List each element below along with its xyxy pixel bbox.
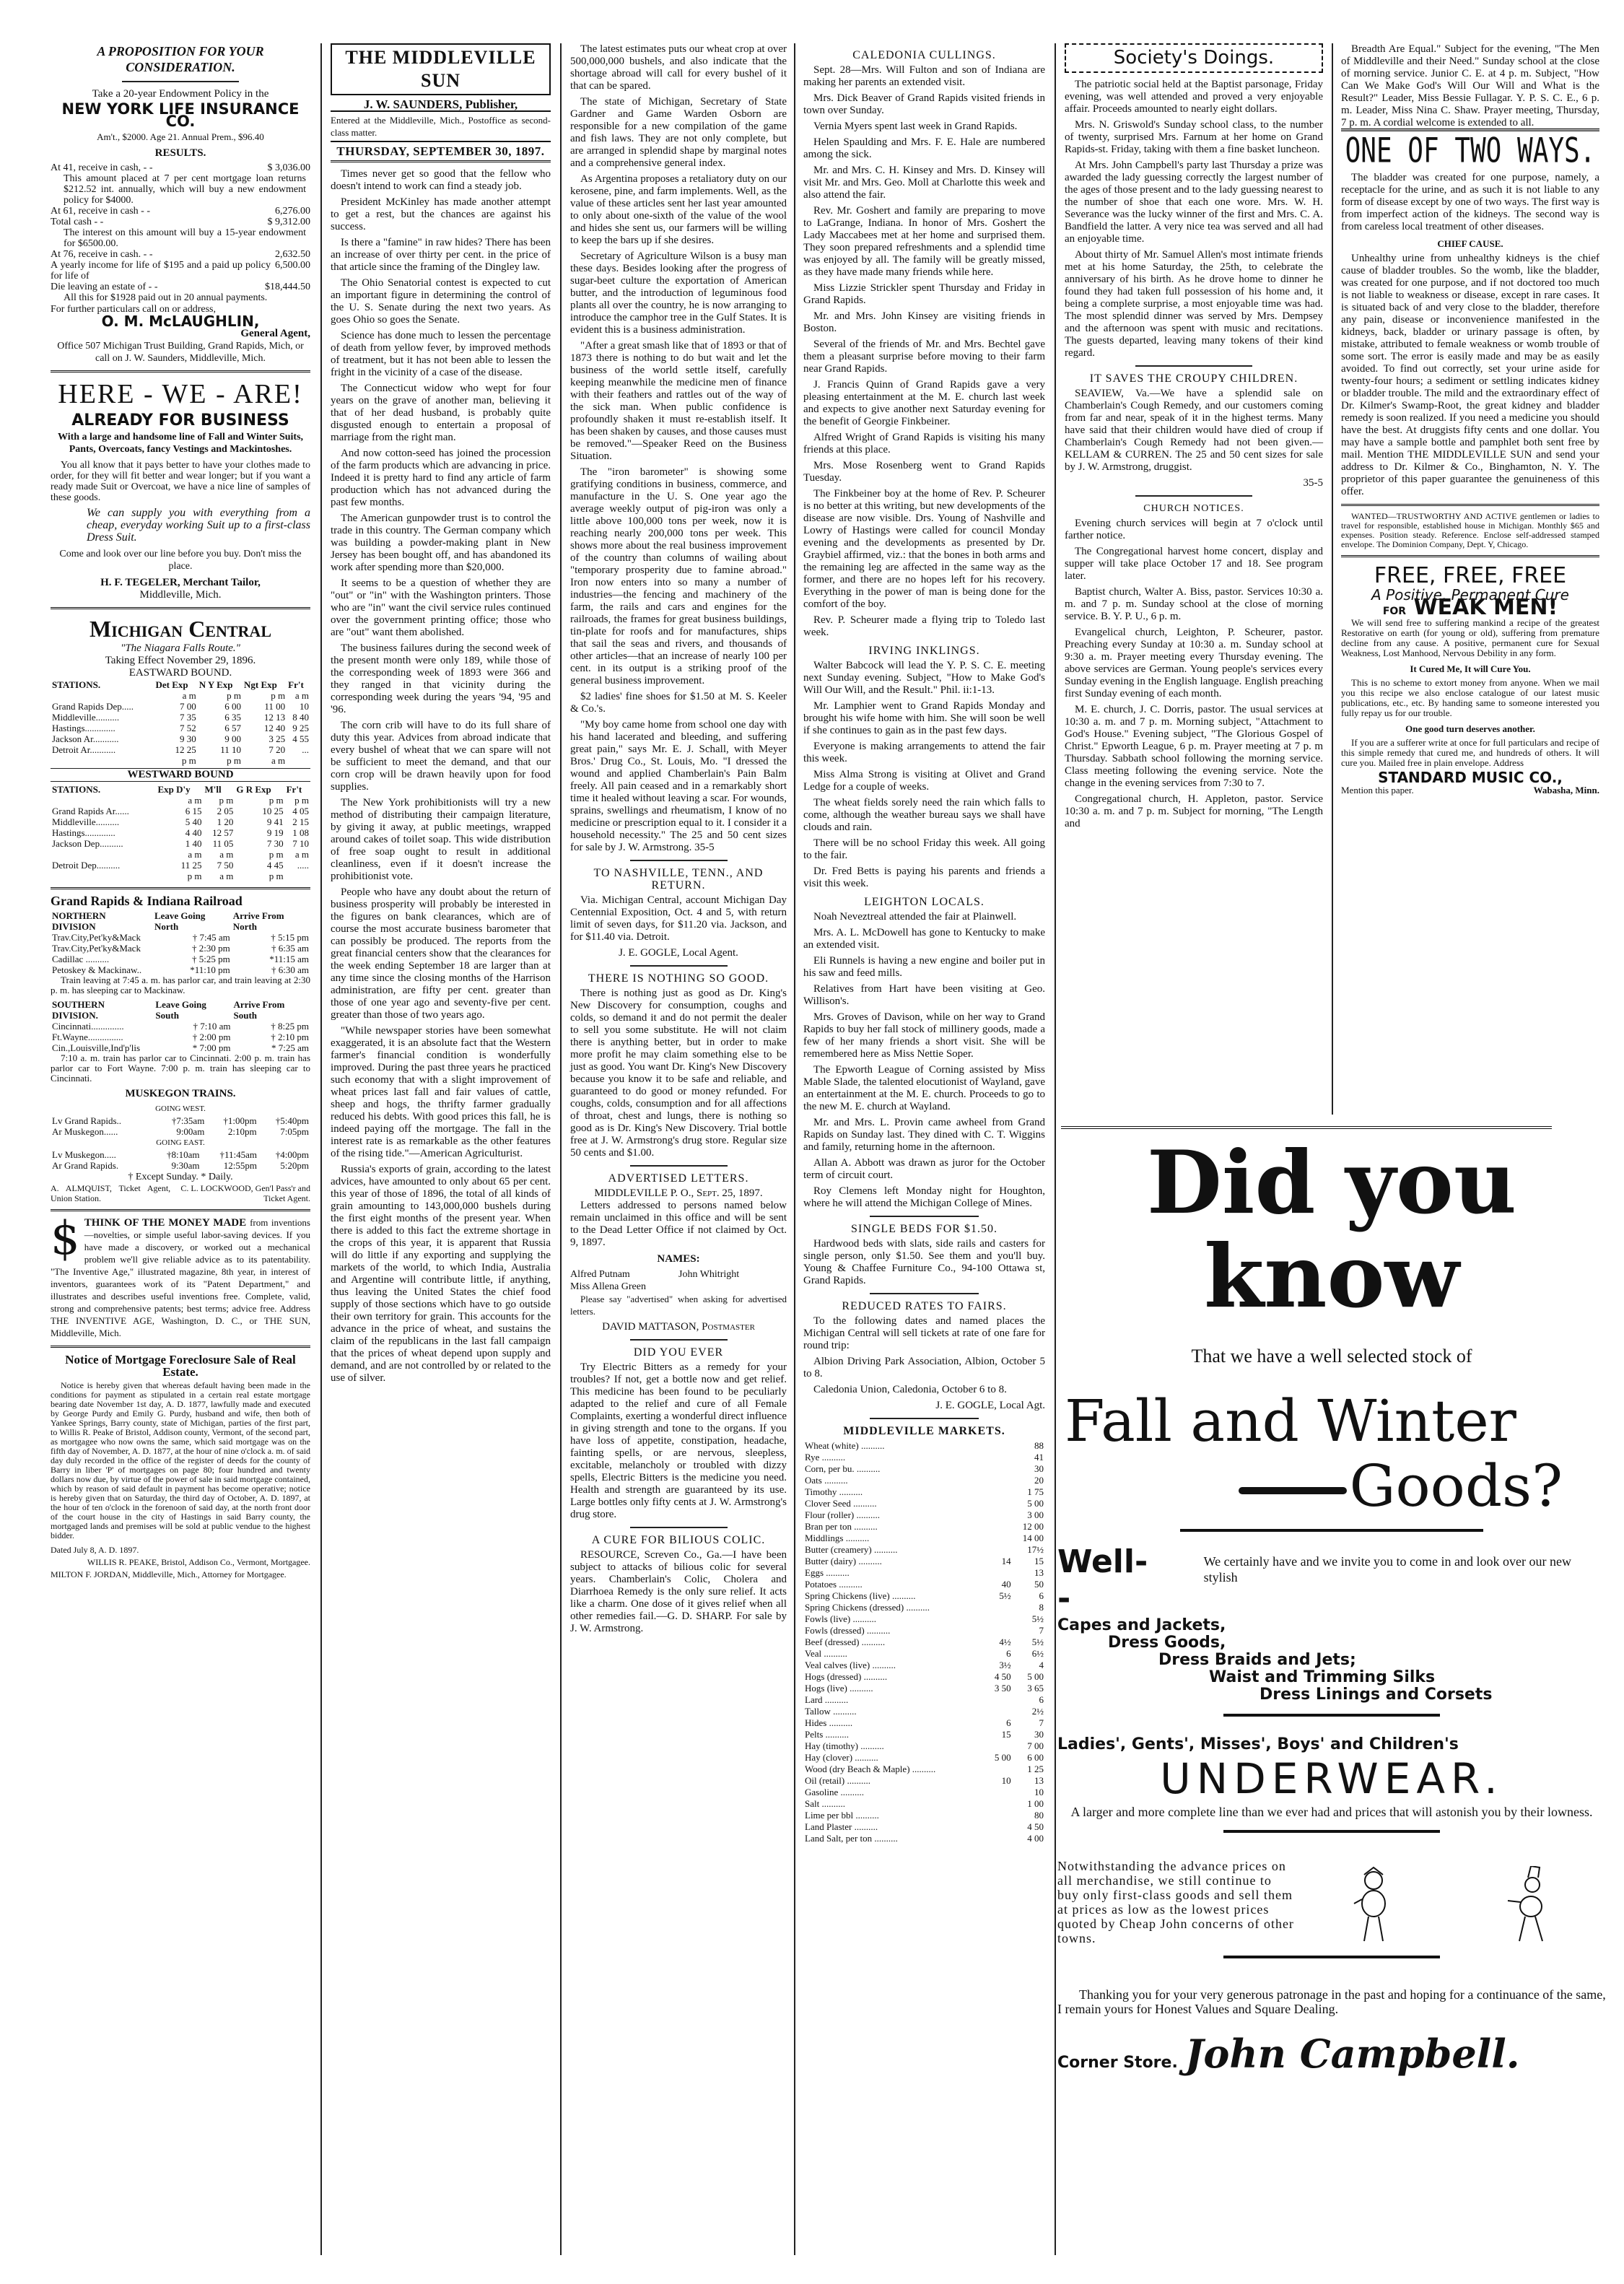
table-cell: STATIONS. <box>51 784 157 795</box>
market-item: Pelts .......... <box>803 1729 986 1740</box>
table-cell: 6 35 <box>198 712 243 723</box>
fairs-list: Albion Driving Park Association, Albion,… <box>803 1356 1045 1396</box>
editorial-paragraph: Secretary of Agriculture Wilson is a bus… <box>570 250 787 336</box>
product-line: Dress Goods, <box>1057 1634 1606 1652</box>
table-row: p ma mp m <box>51 871 310 881</box>
market-low <box>986 1463 1013 1475</box>
ad-intro: Take a 20-year Endowment Policy in the <box>51 88 310 100</box>
table-cell: a m <box>285 849 310 860</box>
editorial-items: The latest estimates puts our wheat crop… <box>570 43 787 854</box>
news-item: Noah Neveztreal attended the fair at Pla… <box>803 911 1045 923</box>
table-cell: Trav.City,Pet'ky&Mack <box>51 943 153 954</box>
market-item: Lime per bbl .......... <box>803 1810 986 1821</box>
editorial-paragraph: And now cotton-seed has joined the proce… <box>331 448 551 509</box>
market-high: 14 00 <box>1013 1533 1045 1544</box>
market-low: 6 <box>986 1717 1013 1729</box>
market-row: Lard ..........6 <box>803 1694 1045 1706</box>
news-item: Miss Lizzie Strickler spent Thursday and… <box>803 282 1045 307</box>
table-cell: 12 40 <box>243 723 287 733</box>
editorial-paragraph: The latest estimates puts our wheat crop… <box>570 43 787 92</box>
letter-name: Miss Allena Green <box>570 1281 678 1293</box>
fairs-title: REDUCED RATES TO FAIRS. <box>803 1300 1045 1312</box>
church-continued: Breadth Are Equal." Subject for the even… <box>1341 43 1599 129</box>
market-item: Fowls (live) .......... <box>803 1613 986 1625</box>
table-cell: ... <box>287 744 310 755</box>
table-cell: † 8:25 pm <box>232 1021 310 1032</box>
markets-table: Wheat (white) ..........88Rye ..........… <box>803 1440 1045 1844</box>
church-item: Congregational church, H. Appleton, past… <box>1065 793 1323 830</box>
ever-title: DID YOU EVER <box>570 1346 787 1359</box>
proprietor-signature: John Campbell. <box>1185 2031 1520 2077</box>
nothing-title: THERE IS NOTHING SO GOOD. <box>570 972 787 985</box>
tailor-line: With a large and handsome line of Fall a… <box>51 431 310 456</box>
southern-division-table: SOUTHERN DIVISION.Leave Going SouthArriv… <box>51 999 310 1053</box>
table-row: Middleville..........7 356 3512 138 40 <box>51 712 310 723</box>
table-cell: † 6:30 am <box>232 964 310 975</box>
company-name: NEW YORK LIFE INSURANCE CO. <box>51 103 310 128</box>
market-item: Gasoline .......... <box>803 1787 986 1798</box>
market-row: Wheat (white) ..........88 <box>803 1440 1045 1452</box>
market-row: Fowls (dressed) ..........7 <box>803 1625 1045 1636</box>
beds-body: Hardwood beds with slats, side rails and… <box>803 1238 1045 1287</box>
table-cell: 5:20pm <box>258 1160 310 1171</box>
market-item: Middlings .......... <box>803 1533 986 1544</box>
result-label: Total cash - - <box>51 217 103 227</box>
table-cell: Fr't <box>285 784 310 795</box>
market-item: Wheat (white) .......... <box>803 1440 986 1452</box>
stock-line: That we have a well selected stock of <box>1057 1346 1606 1367</box>
result-value: 2,632.50 <box>275 249 310 260</box>
table-cell: a m <box>203 849 235 860</box>
thank-text: Thanking you for your very generous patr… <box>1057 1987 1606 2016</box>
market-row: Butter (creamery) ..........17½ <box>803 1544 1045 1556</box>
column-rule <box>1332 43 1333 1115</box>
table-cell: p m <box>198 690 243 701</box>
table-row: Trav.City,Pet'ky&Mack† 2:30 pm† 6:35 am <box>51 943 310 954</box>
table-cell: 9:30am <box>150 1160 201 1171</box>
going-east-label: GOING EAST. <box>51 1137 310 1149</box>
market-row: Middlings ..........14 00 <box>803 1533 1045 1544</box>
table-cell: Leave Going North <box>153 910 232 932</box>
irving-title: IRVING INKLINGS. <box>803 645 1045 657</box>
free-heading: FREE, FREE, FREE <box>1341 563 1599 589</box>
market-low <box>986 1602 1013 1613</box>
ever-body: Try Electric Bitters as a remedy for you… <box>570 1361 787 1521</box>
market-row: Hides ..........67 <box>803 1717 1045 1729</box>
news-item: Mr. and Mrs. John Kinsey are visiting fr… <box>803 310 1045 335</box>
result-label: This amount placed at 7 per cent mortgag… <box>51 173 306 206</box>
market-item: Fowls (dressed) .......... <box>803 1625 986 1636</box>
news-item: Miss Alma Strong is visiting at Olivet a… <box>803 769 1045 793</box>
leighton-title: LEIGHTON LOCALS. <box>803 896 1045 908</box>
table-cell: 9:00am <box>154 1126 206 1137</box>
editorial-paragraph: The state of Michigan, Secretary of Stat… <box>570 96 787 170</box>
leighton-items: Noah Neveztreal attended the fair at Pla… <box>803 911 1045 1210</box>
market-item: Butter (creamery) .......... <box>803 1544 986 1556</box>
market-row: Butter (dairy) ..........1415 <box>803 1556 1045 1567</box>
table-cell: SOUTHERN DIVISION. <box>51 999 154 1021</box>
news-item: Mrs. Mose Rosenberg went to Grand Rapids… <box>803 460 1045 484</box>
table-row: Middleville..........5 401 209 412 15 <box>51 816 310 827</box>
news-item: Helen Spaulding and Mrs. F. E. Hale are … <box>803 136 1045 161</box>
table-cell: * 7:00 pm <box>154 1042 232 1053</box>
ad-body: from inventions—novelties, or simple use… <box>51 1217 310 1338</box>
editorial-paragraph: The New York prohibitionists will try a … <box>331 797 551 883</box>
market-low: 14 <box>986 1556 1013 1567</box>
market-low <box>986 1787 1013 1798</box>
market-row: Lime per bbl ..........80 <box>803 1810 1045 1821</box>
result-row: At 61, receive in cash - -6,276.00 <box>51 206 310 217</box>
church-item: The Congregational harvest home concert,… <box>1065 546 1323 583</box>
news-item: The Finkbeiner boy at the home of Rev. P… <box>803 488 1045 611</box>
table-cell: † 2:10 pm <box>232 1032 310 1042</box>
market-high: 6 <box>1013 1590 1045 1602</box>
market-low <box>986 1810 1013 1821</box>
market-high: 2½ <box>1013 1706 1045 1717</box>
table-cell <box>285 871 310 881</box>
table-cell: Lv Muskegon..... <box>51 1149 150 1160</box>
table-cell: 11 05 <box>203 838 235 849</box>
table-cell: †4:00pm <box>258 1149 310 1160</box>
table-row: Ft.Wayne...............† 2:00 pm† 2:10 p… <box>51 1032 310 1042</box>
column-4: CALEDONIA CULLINGS. Sept. 28—Mrs. Will F… <box>796 43 1052 2262</box>
table-cell: †11:45am <box>201 1149 259 1160</box>
market-row: Salt ..........1 00 <box>803 1798 1045 1810</box>
well-heading: Well-- <box>1057 1543 1161 1617</box>
market-item: Oil (retail) .......... <box>803 1775 986 1787</box>
table-row: Hastings.............4 4012 579 191 08 <box>51 827 310 838</box>
market-item: Hogs (dressed) .......... <box>803 1671 986 1683</box>
result-row: At 41, receive in cash, - -$ 3,036.00 <box>51 162 310 173</box>
product-lines: Capes and Jackets,Dress Goods,Dress Brai… <box>1057 1617 1606 1704</box>
news-item: J. Francis Quinn of Grand Rapids gave a … <box>803 379 1045 428</box>
society-item: At Mrs. John Campbell's party last Thurs… <box>1065 160 1323 245</box>
table-cell: 7 10 <box>285 838 310 849</box>
market-low <box>986 1521 1013 1533</box>
market-high: 30 <box>1013 1729 1045 1740</box>
result-value: $18,444.50 <box>265 282 310 292</box>
market-high: 7 00 <box>1013 1740 1045 1752</box>
notice-mortgagee: WILLIS R. PEAKE, Bristol, Addison Co., V… <box>51 1556 310 1569</box>
table-cell: Jackson Dep.......... <box>51 838 157 849</box>
society-items: The patriotic social held at the Baptist… <box>1065 79 1323 359</box>
notice-attorney: MILTON F. JORDAN, Middleville, Mich., At… <box>51 1569 310 1581</box>
table-cell: Grand Rapids Dep..... <box>51 701 154 712</box>
table-row: Ar Muskegon......9:00am2:10pm7:05pm <box>51 1126 310 1137</box>
table-cell: 9 41 <box>235 816 284 827</box>
editorial-paragraph: "After a great smash like that of 1893 o… <box>570 340 787 463</box>
colic-body: RESOURCE, Screven Co., Ga.—I have been s… <box>570 1549 787 1635</box>
market-low <box>986 1475 1013 1486</box>
table-cell: † 5:25 pm <box>153 954 232 964</box>
table-cell: Ar Grand Rapids. <box>51 1160 150 1171</box>
table-cell: †1:00pm <box>206 1115 258 1126</box>
free-body: We will send free to suffering mankind a… <box>1341 618 1599 658</box>
column-rule <box>794 43 795 2255</box>
table-cell: 1 20 <box>203 816 235 827</box>
market-low <box>986 1625 1013 1636</box>
caledonia-title: CALEDONIA CULLINGS. <box>803 49 1045 61</box>
tailor-subheadline: ALREADY FOR BUSINESS <box>51 414 310 427</box>
letters-title: ADVERTISED LETTERS. <box>570 1172 787 1185</box>
table-row: STATIONS.Det ExpN Y ExpNgt ExpFr't <box>51 679 310 690</box>
market-row: Potatoes ..........4050 <box>803 1579 1045 1590</box>
letters-place: MIDDLEVILLE P. O., Sept. 25, 1897. <box>570 1187 787 1200</box>
table-cell: ..... <box>285 860 310 871</box>
table-cell <box>51 795 157 806</box>
table-cell: p m <box>235 871 284 881</box>
ticket-agent: A. ALMQUIST, Ticket Agent, Union Station… <box>51 1183 170 1203</box>
table-cell: Middleville.......... <box>51 712 154 723</box>
column-rule <box>1055 43 1056 2255</box>
table-cell: 12 25 <box>154 744 198 755</box>
john-campbell-ad: Did you know That we have a well selecte… <box>1057 1126 1606 2252</box>
society-item: The patriotic social held at the Baptist… <box>1065 79 1323 115</box>
product-line: Waist and Trimming Silks <box>1057 1669 1606 1686</box>
table-row: Lv Muskegon.....†8:10am†11:45am†4:00pm <box>51 1149 310 1160</box>
tailor-come: Come and look over our line before you b… <box>51 548 310 572</box>
market-item: Spring Chickens (live) .......... <box>803 1590 986 1602</box>
table-row: a mp mp ma m <box>51 690 310 701</box>
table-cell: 9 25 <box>287 723 310 733</box>
editorial-paragraph: The Ohio Senatorial contest is expected … <box>331 277 551 326</box>
result-row: A yearly income for life of $195 and a p… <box>51 260 310 282</box>
market-high: 13 <box>1013 1775 1045 1787</box>
market-row: Hogs (dressed) ..........4 505 00 <box>803 1671 1045 1683</box>
table-cell: G R Exp <box>235 784 284 795</box>
goods-question: Goods? <box>1057 1454 1606 1519</box>
colic-title: A CURE FOR BILIOUS COLIC. <box>570 1534 787 1546</box>
table-cell: Petoskey & Mackinaw.. <box>51 964 153 975</box>
market-low <box>986 1544 1013 1556</box>
caledonia-items: Sept. 28—Mrs. Will Fulton and son of Ind… <box>803 64 1045 639</box>
product-line: Dress Braids and Jets; <box>1057 1652 1606 1669</box>
table-cell: † 7:45 am <box>153 932 232 943</box>
market-item: Tallow .......... <box>803 1706 986 1717</box>
market-row: Beef (dressed) ..........4½5½ <box>803 1636 1045 1648</box>
church-item: Baptist church, Walter A. Biss, pastor. … <box>1065 586 1323 623</box>
result-row: At 76, receive in cash. - -2,632.50 <box>51 249 310 260</box>
market-low <box>986 1440 1013 1452</box>
market-high: 12 00 <box>1013 1521 1045 1533</box>
effective-date: Taking Effect November 29, 1896. <box>51 655 310 667</box>
railroad-title: Michigan Central <box>51 615 310 642</box>
agent-office: Office 507 Michigan Trust Building, Gran… <box>51 340 310 365</box>
market-row: Veal calves (live) ..........3½4 <box>803 1660 1045 1671</box>
result-label: Die leaving an estate of - - <box>51 282 158 292</box>
ways-body: Unhealthy urine from unhealthy kidneys i… <box>1341 253 1599 498</box>
result-value: $ 9,312.00 <box>268 217 311 227</box>
market-row: Pelts ..........1530 <box>803 1729 1045 1740</box>
letters-body: Letters addressed to persons named below… <box>570 1200 787 1249</box>
market-low <box>986 1567 1013 1579</box>
market-row: Rye ..........41 <box>803 1452 1045 1463</box>
westward-label: WESTWARD BOUND <box>51 768 310 782</box>
table-cell: Cadillac .......... <box>51 954 153 964</box>
inventive-age-ad: $ THINK OF THE MONEY MADE from invention… <box>51 1217 310 1340</box>
market-high: 3 65 <box>1013 1683 1045 1694</box>
notwith-text: Notwithstanding the advance prices on al… <box>1057 1859 1296 1945</box>
table-cell: Hastings............. <box>51 827 157 838</box>
result-value: $ 3,036.00 <box>268 162 311 173</box>
market-item: Bran per ton .......... <box>803 1521 986 1533</box>
tailor-italic: We can supply you with everything from a… <box>51 507 310 544</box>
issue-date: THURSDAY, SEPTEMBER 30, 1897. <box>331 142 551 162</box>
news-item: Mr. and Mrs. L. Provin came awheel from … <box>803 1117 1045 1154</box>
market-low: 5 00 <box>986 1752 1013 1764</box>
beds-title: SINGLE BEDS FOR $1.50. <box>803 1223 1045 1235</box>
free-body: This is no scheme to extort money from a… <box>1341 678 1599 718</box>
table-cell: Arrive From North <box>232 910 310 932</box>
market-item: Beef (dressed) .......... <box>803 1636 986 1648</box>
table-row: Cincinnati..............† 7:10 am† 8:25 … <box>51 1021 310 1032</box>
mortgage-notice: Notice of Mortgage Foreclosure Sale of R… <box>51 1354 310 1581</box>
news-item: Eli Runnels is having a new engine and b… <box>803 955 1045 980</box>
market-item: Timothy .......... <box>803 1486 986 1498</box>
nashville-body: Via. Michigan Central, account Michigan … <box>570 894 787 943</box>
market-low <box>986 1452 1013 1463</box>
notice-dated: Dated July 8, A. D. 1897. <box>51 1544 310 1556</box>
table-cell: Arrive From South <box>232 999 310 1021</box>
market-low <box>986 1706 1013 1717</box>
market-item: Clover Seed .......... <box>803 1498 986 1509</box>
market-row: Hogs (live) ..........3 503 65 <box>803 1683 1045 1694</box>
market-row: Wood (dry Beach & Maple) ..........1 25 <box>803 1764 1045 1775</box>
market-row: Veal ..........66½ <box>803 1648 1045 1660</box>
table-cell: 4 55 <box>287 733 310 744</box>
market-item: Hogs (live) .......... <box>803 1683 986 1694</box>
table-cell: 7:05pm <box>258 1126 310 1137</box>
market-high: 80 <box>1013 1810 1045 1821</box>
wanted-ad: WANTED—TRUSTWORTHY AND ACTIVE gentlemen … <box>1341 512 1599 549</box>
market-row: Flour (roller) ..........3 00 <box>803 1509 1045 1521</box>
society-item: About thirty of Mr. Samuel Allen's most … <box>1065 249 1323 359</box>
market-low: 15 <box>986 1729 1013 1740</box>
market-row: Oil (retail) ..........1013 <box>803 1775 1045 1787</box>
news-item: Alfred Wright of Grand Rapids is visitin… <box>803 432 1045 456</box>
market-low <box>986 1740 1013 1752</box>
table-row: a ma mp ma m <box>51 849 310 860</box>
dollar-icon: $ <box>51 1217 80 1260</box>
market-low: 3 50 <box>986 1683 1013 1694</box>
market-high: 5½ <box>1013 1636 1045 1648</box>
table-cell: Ngt Exp <box>243 679 287 690</box>
product-line: Capes and Jackets, <box>1057 1617 1606 1634</box>
table-cell: †7:35am <box>154 1115 206 1126</box>
croupy-title: IT SAVES THE CROUPY CHILDREN. <box>1065 372 1323 385</box>
ways-title: ONE OF TWO WAYS. <box>1341 128 1599 173</box>
table-cell: NORTHERN DIVISION <box>51 910 153 932</box>
table-cell: 10 <box>287 701 310 712</box>
table-row: Lv Grand Rapids..†7:35am†1:00pm†5:40pm <box>51 1115 310 1126</box>
letter-name: Alfred Putnam <box>570 1268 678 1281</box>
news-item: Rev. Mr. Goshert and family are preparin… <box>803 205 1045 279</box>
invite-text: We certainly have and we invite you to c… <box>1204 1553 1606 1585</box>
free-cured: It Cured Me, It will Cure You. <box>1341 663 1599 675</box>
larger-text: A larger and more complete line than we … <box>1057 1804 1606 1820</box>
result-label: At 41, receive in cash, - - <box>51 162 153 173</box>
market-low: 3½ <box>986 1660 1013 1671</box>
table-row: Petoskey & Mackinaw..*11:10 pm† 6:30 am <box>51 964 310 975</box>
notice-body: Notice is hereby given that whereas defa… <box>51 1381 310 1540</box>
postal-entry: Entered at the Middleville, Mich., Posto… <box>331 110 551 142</box>
market-low <box>986 1498 1013 1509</box>
table-cell: 7 30 <box>235 838 284 849</box>
market-high: 1 25 <box>1013 1764 1045 1775</box>
table-cell: 9 30 <box>154 733 198 744</box>
market-row: Spring Chickens (live) ..........5½6 <box>803 1590 1045 1602</box>
table-cell: 11 00 <box>243 701 287 712</box>
market-item: Flour (roller) .......... <box>803 1509 986 1521</box>
table-cell: *11:15 am <box>232 954 310 964</box>
michigan-central-timetable: Michigan Central "The Niagara Falls Rout… <box>51 615 310 881</box>
market-high: 4 00 <box>1013 1833 1045 1844</box>
agent-name: O. M. McLAUGHLIN, <box>51 315 310 328</box>
result-label: At 61, receive in cash - - <box>51 206 150 217</box>
fall-winter: Fall and Winter <box>1057 1389 1606 1454</box>
table-cell: Fr't <box>287 679 310 690</box>
railroad-motto: "The Niagara Falls Route." <box>51 642 310 655</box>
nashville-title: TO NASHVILLE, TENN., AND RETURN. <box>570 867 787 892</box>
table-cell: Jackson Ar........... <box>51 733 154 744</box>
market-item: Lard .......... <box>803 1694 986 1706</box>
market-item: Hay (clover) .......... <box>803 1752 986 1764</box>
news-item: Several of the friends of Mr. and Mrs. B… <box>803 339 1045 375</box>
table-cell: M'll <box>203 784 235 795</box>
market-row: Eggs ..........13 <box>803 1567 1045 1579</box>
market-row: Tallow ..........2½ <box>803 1706 1045 1717</box>
editorial-paragraph: Science has done much to lessen the perc… <box>331 330 551 379</box>
table-cell <box>51 849 157 860</box>
table-cell: Trav.City,Pet'ky&Mack <box>51 932 153 943</box>
irving-items: Walter Babcock will lead the Y. P. S. C.… <box>803 660 1045 890</box>
market-low: 10 <box>986 1775 1013 1787</box>
result-label: The interest on this amount will buy a 1… <box>51 227 306 249</box>
market-row: Spring Chickens (dressed) ..........8 <box>803 1602 1045 1613</box>
table-cell: † 2:30 pm <box>153 943 232 954</box>
table-cell: 12 13 <box>243 712 287 723</box>
underwear-heading: UNDERWEAR. <box>1057 1753 1606 1804</box>
news-item: Roy Clemens left Monday night for Hought… <box>803 1185 1045 1210</box>
table-row: p mp ma m <box>51 755 310 766</box>
editorial-paragraph: $2 ladies' fine shoes for $1.50 at M. S.… <box>570 691 787 715</box>
editorial-paragraph: Times never get so good that the fellow … <box>331 168 551 193</box>
table-cell: 7 50 <box>203 860 235 871</box>
table-cell: † 7:10 am <box>154 1021 232 1032</box>
market-item: Land Salt, per ton .......... <box>803 1833 986 1844</box>
nashville-sig: J. E. GOGLE, Local Agent. <box>570 947 787 959</box>
south-note: 7:10 a. m. train has parlor car to Cinci… <box>51 1053 310 1084</box>
tailor-ad: HERE - WE - ARE! ALREADY FOR BUSINESS Wi… <box>51 378 310 601</box>
news-item: Vernia Myers spent last week in Grand Ra… <box>803 121 1045 133</box>
passenger-agent: C. L. LOCKWOOD, Gen'l Pass'r and Ticket … <box>175 1183 310 1203</box>
free-turn: One good turn deserves another. <box>1341 723 1599 735</box>
market-high: 8 <box>1013 1602 1045 1613</box>
table-cell: Grand Rapids Ar...... <box>51 806 157 816</box>
table-cell: 7 20 <box>243 744 287 755</box>
market-row: Bran per ton ..........12 00 <box>803 1521 1045 1533</box>
result-row: This amount placed at 7 per cent mortgag… <box>51 173 310 206</box>
church-item: M. E. church, J. C. Dorris, pastor. The … <box>1065 704 1323 790</box>
result-row: All this for $1928 paid out in 20 annual… <box>51 292 310 303</box>
market-low: 5½ <box>986 1590 1013 1602</box>
tailor-town: Middleville, Mich. <box>51 589 310 601</box>
table-cell: 10 25 <box>235 806 284 816</box>
market-high: 5 00 <box>1013 1498 1045 1509</box>
table-cell: 2 05 <box>203 806 235 816</box>
table-cell: 6 00 <box>198 701 243 712</box>
market-low: 4 50 <box>986 1671 1013 1683</box>
